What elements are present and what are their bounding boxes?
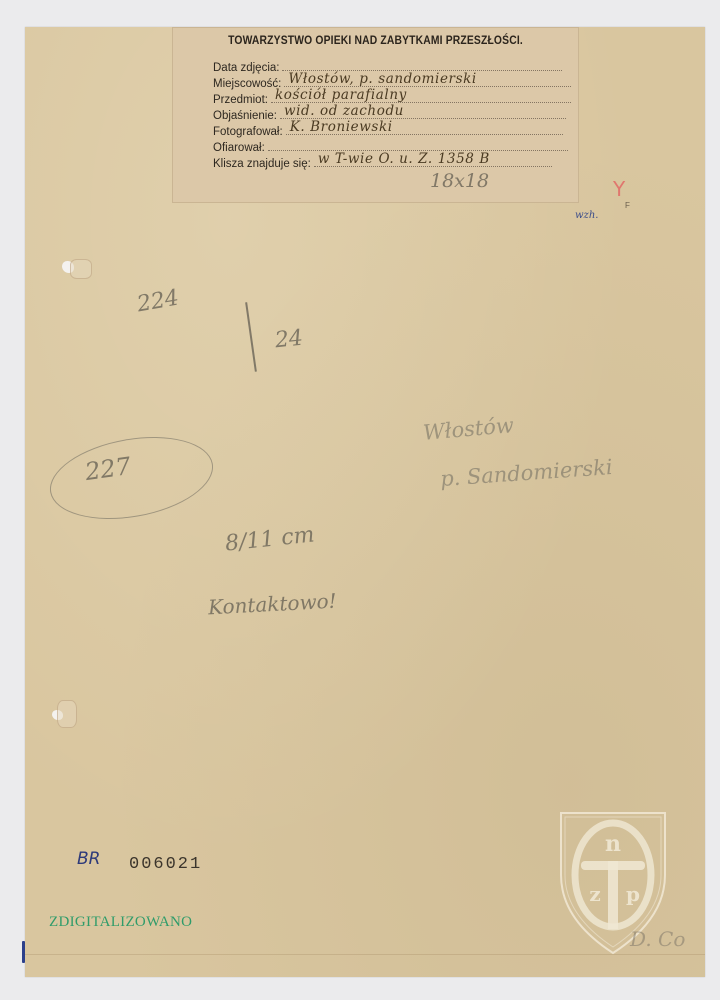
inventory-number-stamp: 006021 bbox=[129, 855, 202, 874]
society-title: TOWARZYSTWO OPIEKI NAD ZABYTKAMI PRZESZŁ… bbox=[200, 33, 550, 47]
field-value: K. Broniewski bbox=[290, 119, 393, 135]
pencil-signature: D. Co bbox=[630, 927, 685, 951]
emblem-letter-p: p bbox=[626, 882, 640, 906]
field-line: K. Broniewski bbox=[286, 124, 563, 135]
paper-tear-top bbox=[70, 259, 92, 279]
pencil-location-line2: p. Sandomierski bbox=[439, 455, 613, 491]
field-line: wid. od zachodu bbox=[280, 108, 566, 119]
paper-fold-line bbox=[25, 954, 705, 955]
pencil-size-note: 8/11 cm bbox=[224, 522, 316, 556]
emblem-letter-n: n bbox=[605, 831, 621, 857]
plate-size-note: 18x18 bbox=[430, 170, 489, 192]
field-line: Włostów, p. sandomierski bbox=[284, 76, 571, 87]
field-label: Przedmiot: bbox=[213, 94, 271, 106]
field-label: Fotografował: bbox=[213, 126, 286, 138]
pencil-location-line1: Włostów bbox=[422, 413, 515, 445]
pencil-number-24: 24 bbox=[274, 326, 304, 354]
field-value: kościół parafialny bbox=[275, 87, 407, 103]
field-line bbox=[282, 60, 562, 71]
blue-edge-mark bbox=[22, 941, 25, 963]
pencil-vertical-stroke bbox=[245, 302, 256, 372]
field-value: wid. od zachodu bbox=[284, 103, 404, 119]
blue-ink-note: wzh. bbox=[575, 210, 598, 221]
photo-card-paper: TOWARZYSTWO OPIEKI NAD ZABYTKAMI PRZESZŁ… bbox=[25, 27, 705, 977]
pencil-method-note: Kontaktowo! bbox=[207, 589, 337, 620]
paper-tear-bottom bbox=[57, 700, 77, 728]
field-label: Data zdjęcia: bbox=[213, 62, 282, 74]
field-value: w T-wie O. u. Z. 1358 B bbox=[318, 151, 490, 167]
field-label: Miejscowość: bbox=[213, 78, 284, 90]
field-photographer: Fotografował: K. Broniewski bbox=[213, 124, 563, 138]
f-mark: F bbox=[625, 201, 630, 210]
field-line: w T-wie O. u. Z. 1358 B bbox=[314, 156, 552, 167]
society-label: TOWARZYSTWO OPIEKI NAD ZABYTKAMI PRZESZŁ… bbox=[172, 27, 579, 203]
field-line bbox=[268, 140, 568, 151]
digitized-stamp: ZDIGITALIZOWANO bbox=[49, 914, 192, 931]
field-label: Objaśnienie: bbox=[213, 110, 280, 122]
field-negative: Klisza znajduje się: w T-wie O. u. Z. 13… bbox=[213, 156, 552, 170]
field-label: Ofiarował: bbox=[213, 142, 268, 154]
br-ink-mark: BR bbox=[77, 849, 100, 869]
red-check-mark: Y bbox=[613, 177, 625, 201]
pencil-number-224: 224 bbox=[135, 286, 181, 318]
field-line: kościół parafialny bbox=[271, 92, 571, 103]
field-value: Włostów, p. sandomierski bbox=[288, 71, 476, 87]
field-label: Klisza znajduje się: bbox=[213, 158, 314, 170]
emblem-letter-z: z bbox=[589, 882, 600, 906]
